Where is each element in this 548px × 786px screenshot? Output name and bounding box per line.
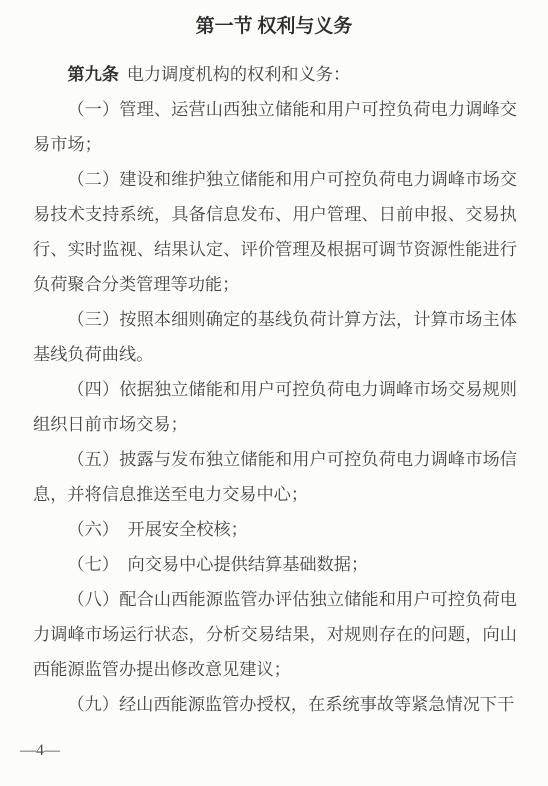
item-paragraph-2: （二）建设和维护独立储能和用户可控负荷电力调峰市场交易技术支持系统，具备信息发布…: [33, 162, 517, 302]
document-page: 第一节 权利与义务 第九条电力调度机构的权利和义务： （一）管理、运营山西独立储…: [0, 0, 548, 786]
item-paragraph-8: （八）配合山西能源监管办评估独立储能和用户可控负荷电力调峰市场运行状态，分析交易…: [33, 582, 517, 687]
item-paragraph-1: （一）管理、运营山西独立储能和用户可控负荷电力调峰交易市场；: [33, 92, 517, 162]
item-paragraph-6: （六） 开展安全校核；: [33, 512, 517, 547]
item-paragraph-9: （九）经山西能源监管办授权，在系统事故等紧急情况下干: [33, 687, 517, 722]
document-body: 第九条电力调度机构的权利和义务： （一）管理、运营山西独立储能和用户可控负荷电力…: [33, 57, 517, 722]
section-title: 第一节 权利与义务: [0, 0, 548, 40]
item-paragraph-7: （七） 向交易中心提供结算基础数据；: [33, 547, 517, 582]
article-intro: 电力调度机构的权利和义务：: [127, 65, 350, 84]
article-number: 第九条: [67, 65, 119, 84]
item-paragraph-4: （四）依据独立储能和用户可控负荷电力调峰市场交易规则组织日前市场交易；: [33, 372, 517, 442]
page-number: —4—: [20, 741, 60, 761]
article-heading-paragraph: 第九条电力调度机构的权利和义务：: [33, 57, 517, 92]
item-paragraph-5: （五）披露与发布独立储能和用户可控负荷电力调峰市场信息，并将信息推送至电力交易中…: [33, 442, 517, 512]
item-paragraph-3: （三）按照本细则确定的基线负荷计算方法，计算市场主体基线负荷曲线。: [33, 302, 517, 372]
